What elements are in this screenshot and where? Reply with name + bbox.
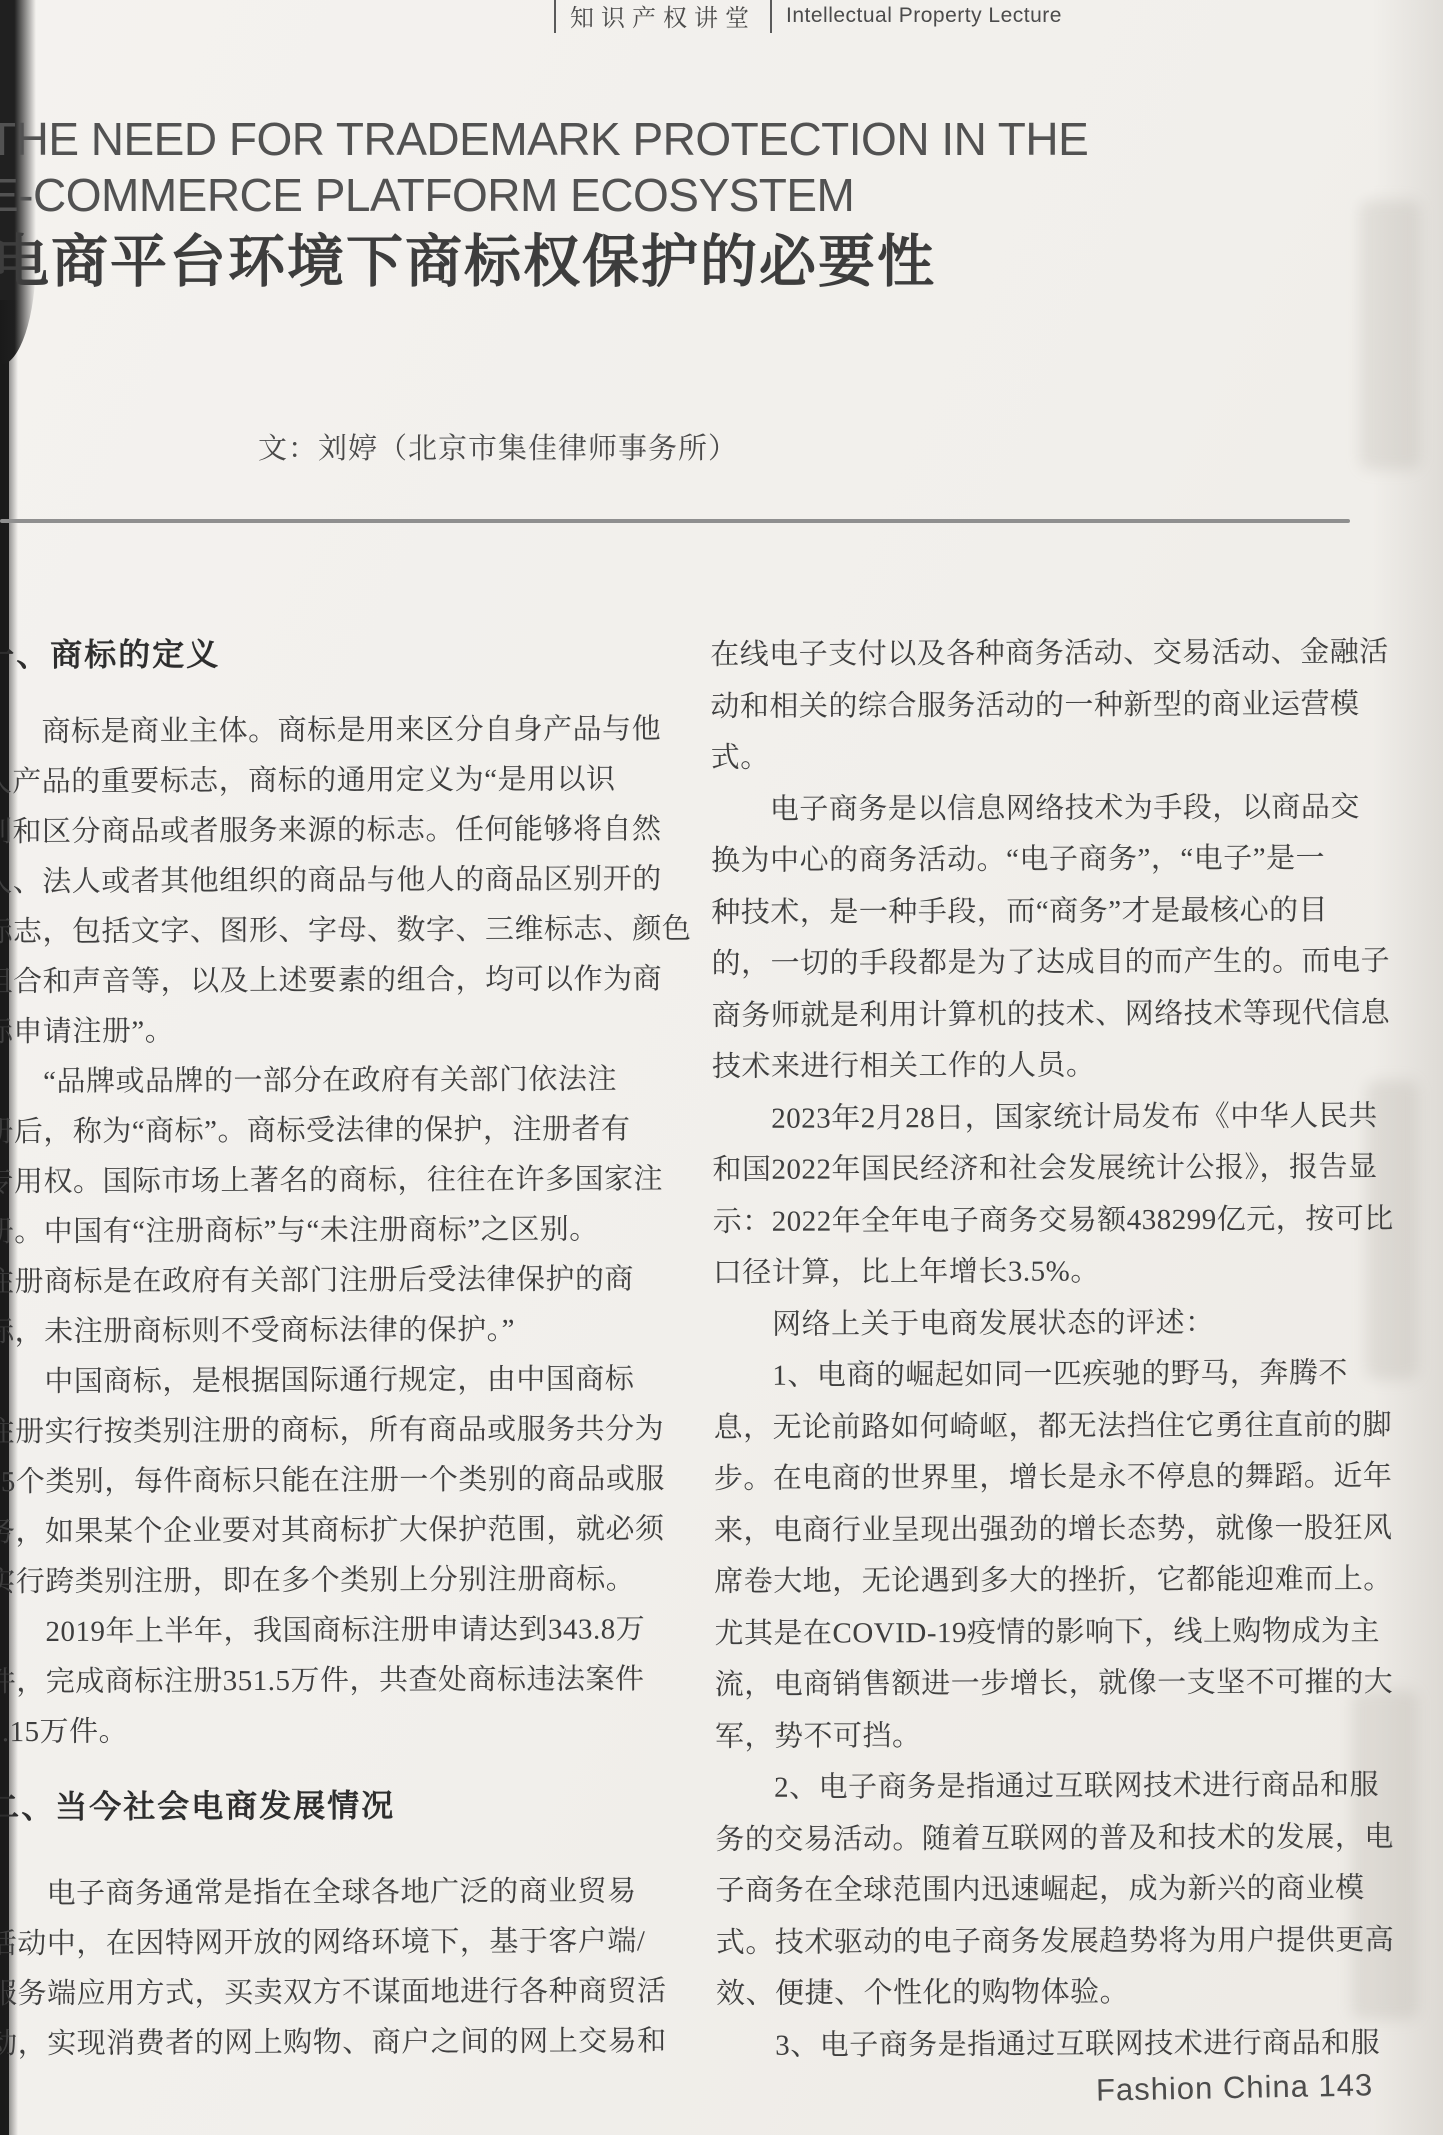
text-line: “品牌或品牌的一部分在政府有关部门依法注 bbox=[0, 1054, 656, 1107]
text-line: 服务端应用方式，买卖双方不谋面地进行各种商贸活 bbox=[0, 1966, 660, 2019]
text-line: 式。 bbox=[711, 730, 1359, 784]
text-line: 子商务在全球范围内迅速崛起，成为新兴的商业模 bbox=[715, 1863, 1363, 1917]
magazine-page: 知识产权讲堂 Intellectual Property Lecture THE… bbox=[0, 0, 1443, 2135]
text-line: 电子商务通常是指在全球各地广泛的商业贸易 bbox=[0, 1866, 660, 1919]
text-line: 网络上关于电商发展状态的评述： bbox=[713, 1297, 1361, 1351]
text-line: 步。在电商的世界里，增长是永不停息的舞蹈。近年 bbox=[714, 1451, 1362, 1505]
text-line: 动和相关的综合服务活动的一种新型的商业运营模 bbox=[710, 679, 1358, 733]
text-line: 注册商标是在政府有关部门注册后受法律保护的商 bbox=[0, 1254, 657, 1307]
text-line: 人产品的重要标志，商标的通用定义为“是用以识 bbox=[0, 754, 655, 807]
text-line: 换为中心的商务活动。“电子商务”，“电子”是一 bbox=[711, 833, 1359, 887]
text-line: 商标是商业主体。商标是用来区分自身产品与他 bbox=[0, 704, 655, 757]
text-line: 册。中国有“注册商标”与“未注册商标”之区别。 bbox=[0, 1204, 657, 1257]
text-line: 席卷大地，无论遇到多大的挫折，它都能迎难而上。 bbox=[714, 1554, 1362, 1608]
text-line: 活动中，在因特网开放的网络环境下，基于客户端/ bbox=[0, 1916, 660, 1969]
text-line: 人、法人或者其他组织的商品与他人的商品区别开的 bbox=[0, 854, 655, 907]
text-line: 2、电子商务是指通过互联网技术进行商品和服 bbox=[715, 1760, 1363, 1814]
text-line: 实行跨类别注册，即在多个类别上分别注册商标。 bbox=[0, 1554, 658, 1607]
text-line: 商务师就是利用计算机的技术、网络技术等现代信息 bbox=[712, 988, 1360, 1042]
text-line: 45个类别，每件商标只能在注册一个类别的商品或服 bbox=[0, 1454, 658, 1507]
section-heading: 二、当今社会电商发展情况 bbox=[0, 1782, 659, 1829]
text-line: 尤其是在COVID-19疫情的影响下，线上购物成为主 bbox=[714, 1606, 1362, 1660]
text-line: 注册实行按类别注册的商标，所有商品或服务共分为 bbox=[0, 1404, 658, 1457]
text-line: 种技术，是一种手段，而“商务”才是最核心的目 bbox=[711, 885, 1359, 939]
text-line: 3、电子商务是指通过互联网技术进行商品和服 bbox=[716, 2018, 1364, 2072]
footer-page-label: Fashion China 143 bbox=[1096, 2067, 1374, 2108]
text-line: 示：2022年全年电子商务交易额438299亿元，按可比 bbox=[713, 1194, 1361, 1248]
text-line: 1.15万件。 bbox=[0, 1704, 659, 1757]
text-line: 别和区分商品或者服务来源的标志。任何能够将自然 bbox=[0, 804, 655, 857]
text-line: 在线电子支付以及各种商务活动、交易活动、金融活 bbox=[710, 627, 1358, 681]
text-line: 动，实现消费者的网上购物、商户之间的网上交易和 bbox=[0, 2016, 660, 2069]
text-line: 的，一切的手段都是为了达成目的而产生的。而电子 bbox=[711, 936, 1359, 990]
text-line: 和国2022年国民经济和社会发展统计公报》，报告显 bbox=[712, 1142, 1360, 1196]
text-line: 来，电商行业呈现出强劲的增长态势，就像一股狂风 bbox=[714, 1503, 1362, 1557]
text-line: 口径计算，比上年增长3.5%。 bbox=[713, 1245, 1361, 1299]
text-line: 式。技术驱动的电子商务发展趋势将为用户提供更高 bbox=[716, 1915, 1364, 1969]
text-line: 中国商标，是根据国际通行规定，由中国商标 bbox=[0, 1354, 657, 1407]
text-line: 务的交易活动。随着互联网的普及和技术的发展，电 bbox=[715, 1812, 1363, 1866]
text-line: 标，未注册商标则不受商标法律的保护。” bbox=[0, 1304, 657, 1357]
text-line: 组合和声音等，以及上述要素的组合，均可以作为商 bbox=[0, 954, 656, 1007]
text-line: 息，无论前路如何崎岖，都无法挡住它勇往直前的脚 bbox=[713, 1400, 1361, 1454]
text-line: 电子商务是以信息网络技术为手段，以商品交 bbox=[711, 782, 1359, 836]
text-line: 标申请注册”。 bbox=[0, 1004, 656, 1057]
text-line: 技术来进行相关工作的人员。 bbox=[712, 1039, 1360, 1093]
left-column: 一、商标的定义 商标是商业主体。商标是用来区分自身产品与他人产品的重要标志，商标… bbox=[0, 630, 660, 2069]
text-line: 2019年上半年，我国商标注册申请达到343.8万 bbox=[0, 1604, 659, 1657]
text-line: 务，如果某个企业要对其商标扩大保护范围，就必须 bbox=[0, 1504, 658, 1557]
right-column: 在线电子支付以及各种商务活动、交易活动、金融活动和相关的综合服务活动的一种新型的… bbox=[710, 627, 1364, 2072]
section-heading: 一、商标的定义 bbox=[0, 630, 654, 677]
text-line: 军，势不可挡。 bbox=[715, 1709, 1363, 1763]
text-line: 效、便捷、个性化的购物体验。 bbox=[716, 1966, 1364, 2020]
text-line: 件，完成商标注册351.5万件，共查处商标违法案件 bbox=[0, 1654, 659, 1707]
article-body: 一、商标的定义 商标是商业主体。商标是用来区分自身产品与他人产品的重要标志，商标… bbox=[0, 0, 1443, 2135]
text-line: 1、电商的崛起如同一匹疾驰的野马，奔腾不 bbox=[713, 1348, 1361, 1402]
text-line: 2023年2月28日，国家统计局发布《中华人民共 bbox=[712, 1091, 1360, 1145]
text-line: 流，电商销售额进一步增长，就像一支坚不可摧的大 bbox=[715, 1657, 1363, 1711]
text-line: 册后，称为“商标”。商标受法律的保护，注册者有 bbox=[0, 1104, 656, 1157]
text-line: 专用权。国际市场上著名的商标，往往在许多国家注 bbox=[0, 1154, 657, 1207]
text-line: 标志，包括文字、图形、字母、数字、三维标志、颜色 bbox=[0, 904, 656, 957]
